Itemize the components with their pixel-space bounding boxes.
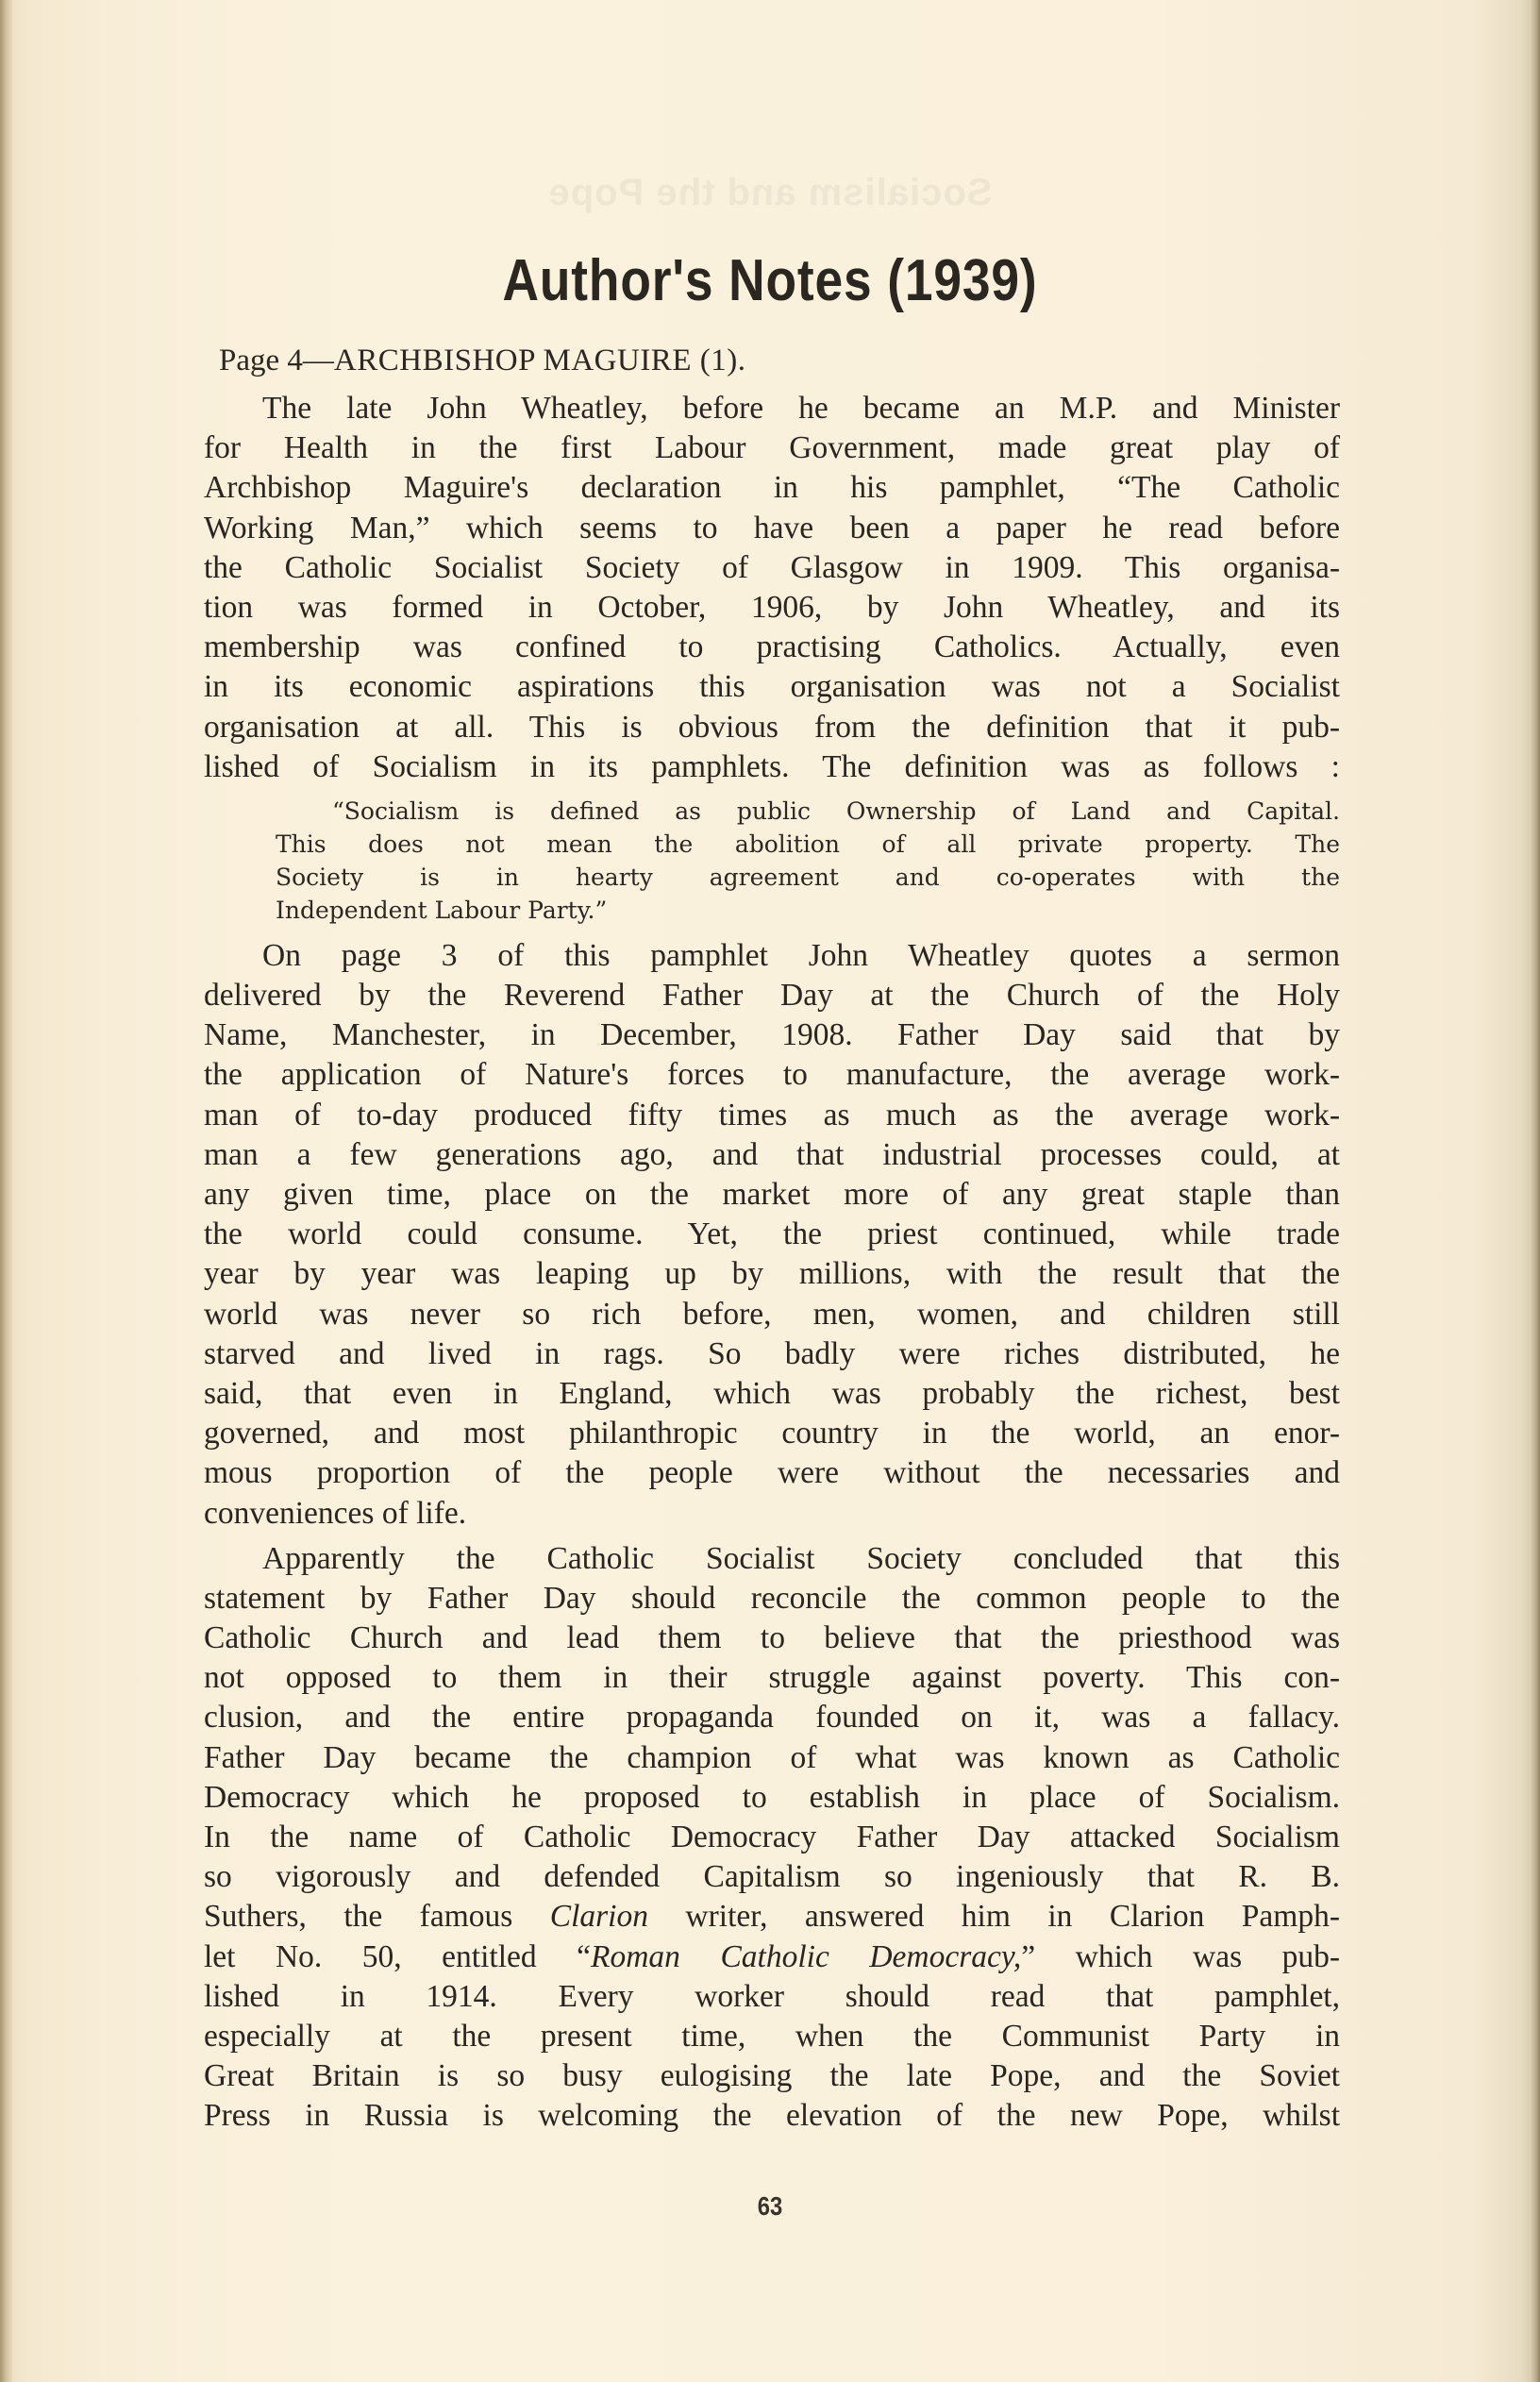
section-heading: Page 4—ARCHBISHOP MAGUIRE (1). bbox=[219, 344, 745, 378]
page-reference: Page 4 bbox=[219, 344, 303, 377]
quote-line: Society is in hearty agreement and co-op… bbox=[276, 861, 1340, 894]
page-edge bbox=[1531, 0, 1540, 2382]
text-line: Archbishop Maguire's declaration in his … bbox=[204, 468, 1340, 508]
paragraph: The late John Wheatley, before he became… bbox=[204, 389, 1340, 787]
text-line: membership was confined to practising Ca… bbox=[204, 628, 1340, 667]
bleed-through-text: Socialism and the Pope bbox=[0, 172, 1540, 214]
page-title: Author's Notes (1939) bbox=[108, 247, 1432, 314]
quote-line: “Socialism is defined as public Ownershi… bbox=[276, 795, 1340, 828]
text-line: tion was formed in October, 1906, by Joh… bbox=[204, 588, 1340, 628]
text-line: so vigorously and defended Capitalism so… bbox=[204, 1857, 1340, 1897]
text-line: organisation at all. This is obvious fro… bbox=[204, 708, 1340, 747]
spine-shadow bbox=[0, 0, 13, 2382]
text-line: in its economic aspirations this organis… bbox=[204, 667, 1340, 707]
text-run: Suthers, the famous bbox=[204, 1899, 550, 1934]
text-line: lished in 1914. Every worker should read… bbox=[204, 1977, 1340, 2017]
italic-pamphlet-title: Roman Catholic Democracy, bbox=[591, 1939, 1021, 1974]
text-line: world was never so rich before, men, wom… bbox=[204, 1295, 1340, 1334]
text-line: the application of Nature's forces to ma… bbox=[204, 1055, 1340, 1095]
text-line: the Catholic Socialist Society of Glasgo… bbox=[204, 548, 1340, 588]
text-line: lished of Socialism in its pamphlets. Th… bbox=[204, 747, 1340, 787]
text-line: Great Britain is so busy eulogising the … bbox=[204, 2056, 1340, 2096]
text-line: Press in Russia is welcoming the elevati… bbox=[204, 2096, 1340, 2136]
text-line: the world could consume. Yet, the priest… bbox=[204, 1215, 1340, 1254]
text-line: On page 3 of this pamphlet John Wheatley… bbox=[204, 936, 1340, 976]
section-subject: ARCHBISHOP MAGUIRE (1). bbox=[334, 344, 746, 377]
text-line: governed, and most philanthropic country… bbox=[204, 1414, 1340, 1453]
block-quote: “Socialism is defined as public Ownershi… bbox=[204, 795, 1340, 927]
text-line: for Health in the first Labour Governmen… bbox=[204, 428, 1340, 468]
text-run: ” which was pub- bbox=[1021, 1939, 1340, 1974]
text-line: Father Day became the champion of what w… bbox=[204, 1738, 1340, 1778]
text-line: especially at the present time, when the… bbox=[204, 2017, 1340, 2056]
text-line: The late John Wheatley, before he became… bbox=[204, 389, 1340, 428]
text-line: Democracy which he proposed to establish… bbox=[204, 1778, 1340, 1818]
em-dash: — bbox=[303, 344, 334, 377]
text-line-with-italic: Suthers, the famous Clarion writer, answ… bbox=[204, 1897, 1340, 1937]
italic-publication-name: Clarion bbox=[550, 1899, 648, 1934]
text-line: statement by Father Day should reconcile… bbox=[204, 1579, 1340, 1619]
body-text: The late John Wheatley, before he became… bbox=[204, 389, 1340, 2137]
text-line: not opposed to them in their struggle ag… bbox=[204, 1658, 1340, 1698]
paragraph: On page 3 of this pamphlet John Wheatley… bbox=[204, 936, 1340, 1534]
text-line: clusion, and the entire propaganda found… bbox=[204, 1698, 1340, 1737]
text-line: mous proportion of the people were witho… bbox=[204, 1453, 1340, 1493]
page-number: 63 bbox=[115, 2191, 1424, 2222]
text-run: let No. 50, entitled “ bbox=[204, 1939, 591, 1974]
text-line: man of to-day produced fifty times as mu… bbox=[204, 1096, 1340, 1135]
text-line: Working Man,” which seems to have been a… bbox=[204, 509, 1340, 548]
quote-line: This does not mean the abolition of all … bbox=[276, 828, 1340, 861]
text-line: said, that even in England, which was pr… bbox=[204, 1374, 1340, 1414]
text-line: Apparently the Catholic Socialist Societ… bbox=[204, 1539, 1340, 1579]
text-line: In the name of Catholic Democracy Father… bbox=[204, 1818, 1340, 1857]
text-line: year by year was leaping up by millions,… bbox=[204, 1254, 1340, 1294]
text-run: writer, answered him in Clarion Pamph- bbox=[648, 1899, 1340, 1934]
paragraph: Apparently the Catholic Socialist Societ… bbox=[204, 1539, 1340, 2137]
text-line: any given time, place on the market more… bbox=[204, 1175, 1340, 1215]
text-line: starved and lived in rags. So badly were… bbox=[204, 1334, 1340, 1374]
text-line: delivered by the Reverend Father Day at … bbox=[204, 976, 1340, 1015]
text-line: Name, Manchester, in December, 1908. Fat… bbox=[204, 1015, 1340, 1055]
text-line: Catholic Church and lead them to believe… bbox=[204, 1619, 1340, 1658]
book-page: Socialism and the Pope Author's Notes (1… bbox=[0, 0, 1540, 2382]
text-line: man a few generations ago, and that indu… bbox=[204, 1135, 1340, 1175]
text-line: conveniences of life. bbox=[204, 1494, 1340, 1534]
text-line-with-italic: let No. 50, entitled “Roman Catholic Dem… bbox=[204, 1937, 1340, 1977]
quote-line: Independent Labour Party.” bbox=[276, 894, 1340, 927]
